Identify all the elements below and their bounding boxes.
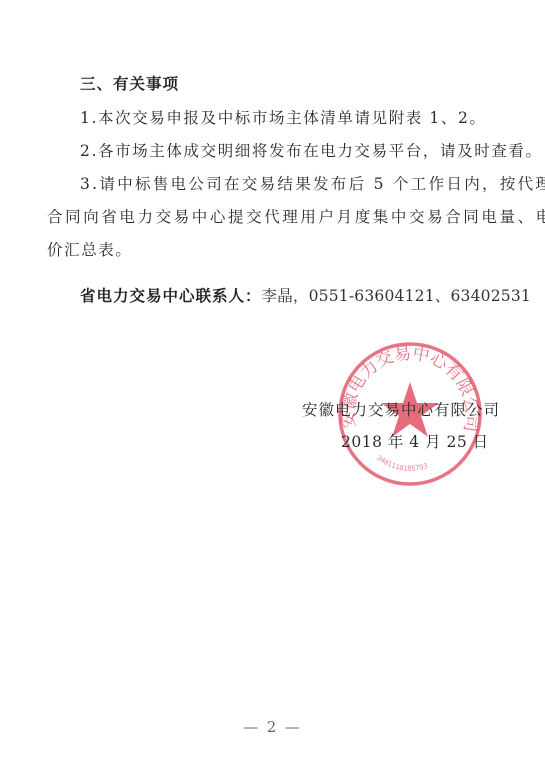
page-number: — 2 — — [0, 718, 545, 736]
item-3-line-1: 3.请中标售电公司在交易结果发布后 5 个工作日内，按代理 — [80, 172, 545, 194]
signature-date: 2018 年 4 月 25 日 — [341, 430, 489, 452]
seal-number: 3401110185793 — [375, 454, 429, 473]
contact-line: 省电力交易中心联系人：李晶，0551-63604121、63402531 — [80, 284, 531, 306]
svg-text:3401110185793: 3401110185793 — [375, 454, 429, 473]
item-3-line-3: 价汇总表。 — [47, 238, 133, 260]
section-heading: 三、有关事项 — [80, 72, 179, 94]
contact-label: 省电力交易中心联系人： — [80, 287, 262, 305]
contact-value: 李晶，0551-63604121、63402531 — [262, 287, 531, 305]
item-2: 2.各市场主体成交明细将发布在电力交易平台，请及时查看。 — [80, 139, 543, 161]
item-1: 1.本次交易申报及中标市场主体清单请见附表 1、2。 — [80, 106, 487, 128]
item-3-line-2: 合同向省电力交易中心提交代理用户月度集中交易合同电量、电 — [47, 205, 545, 227]
signature-company: 安徽电力交易中心有限公司 — [302, 398, 500, 420]
